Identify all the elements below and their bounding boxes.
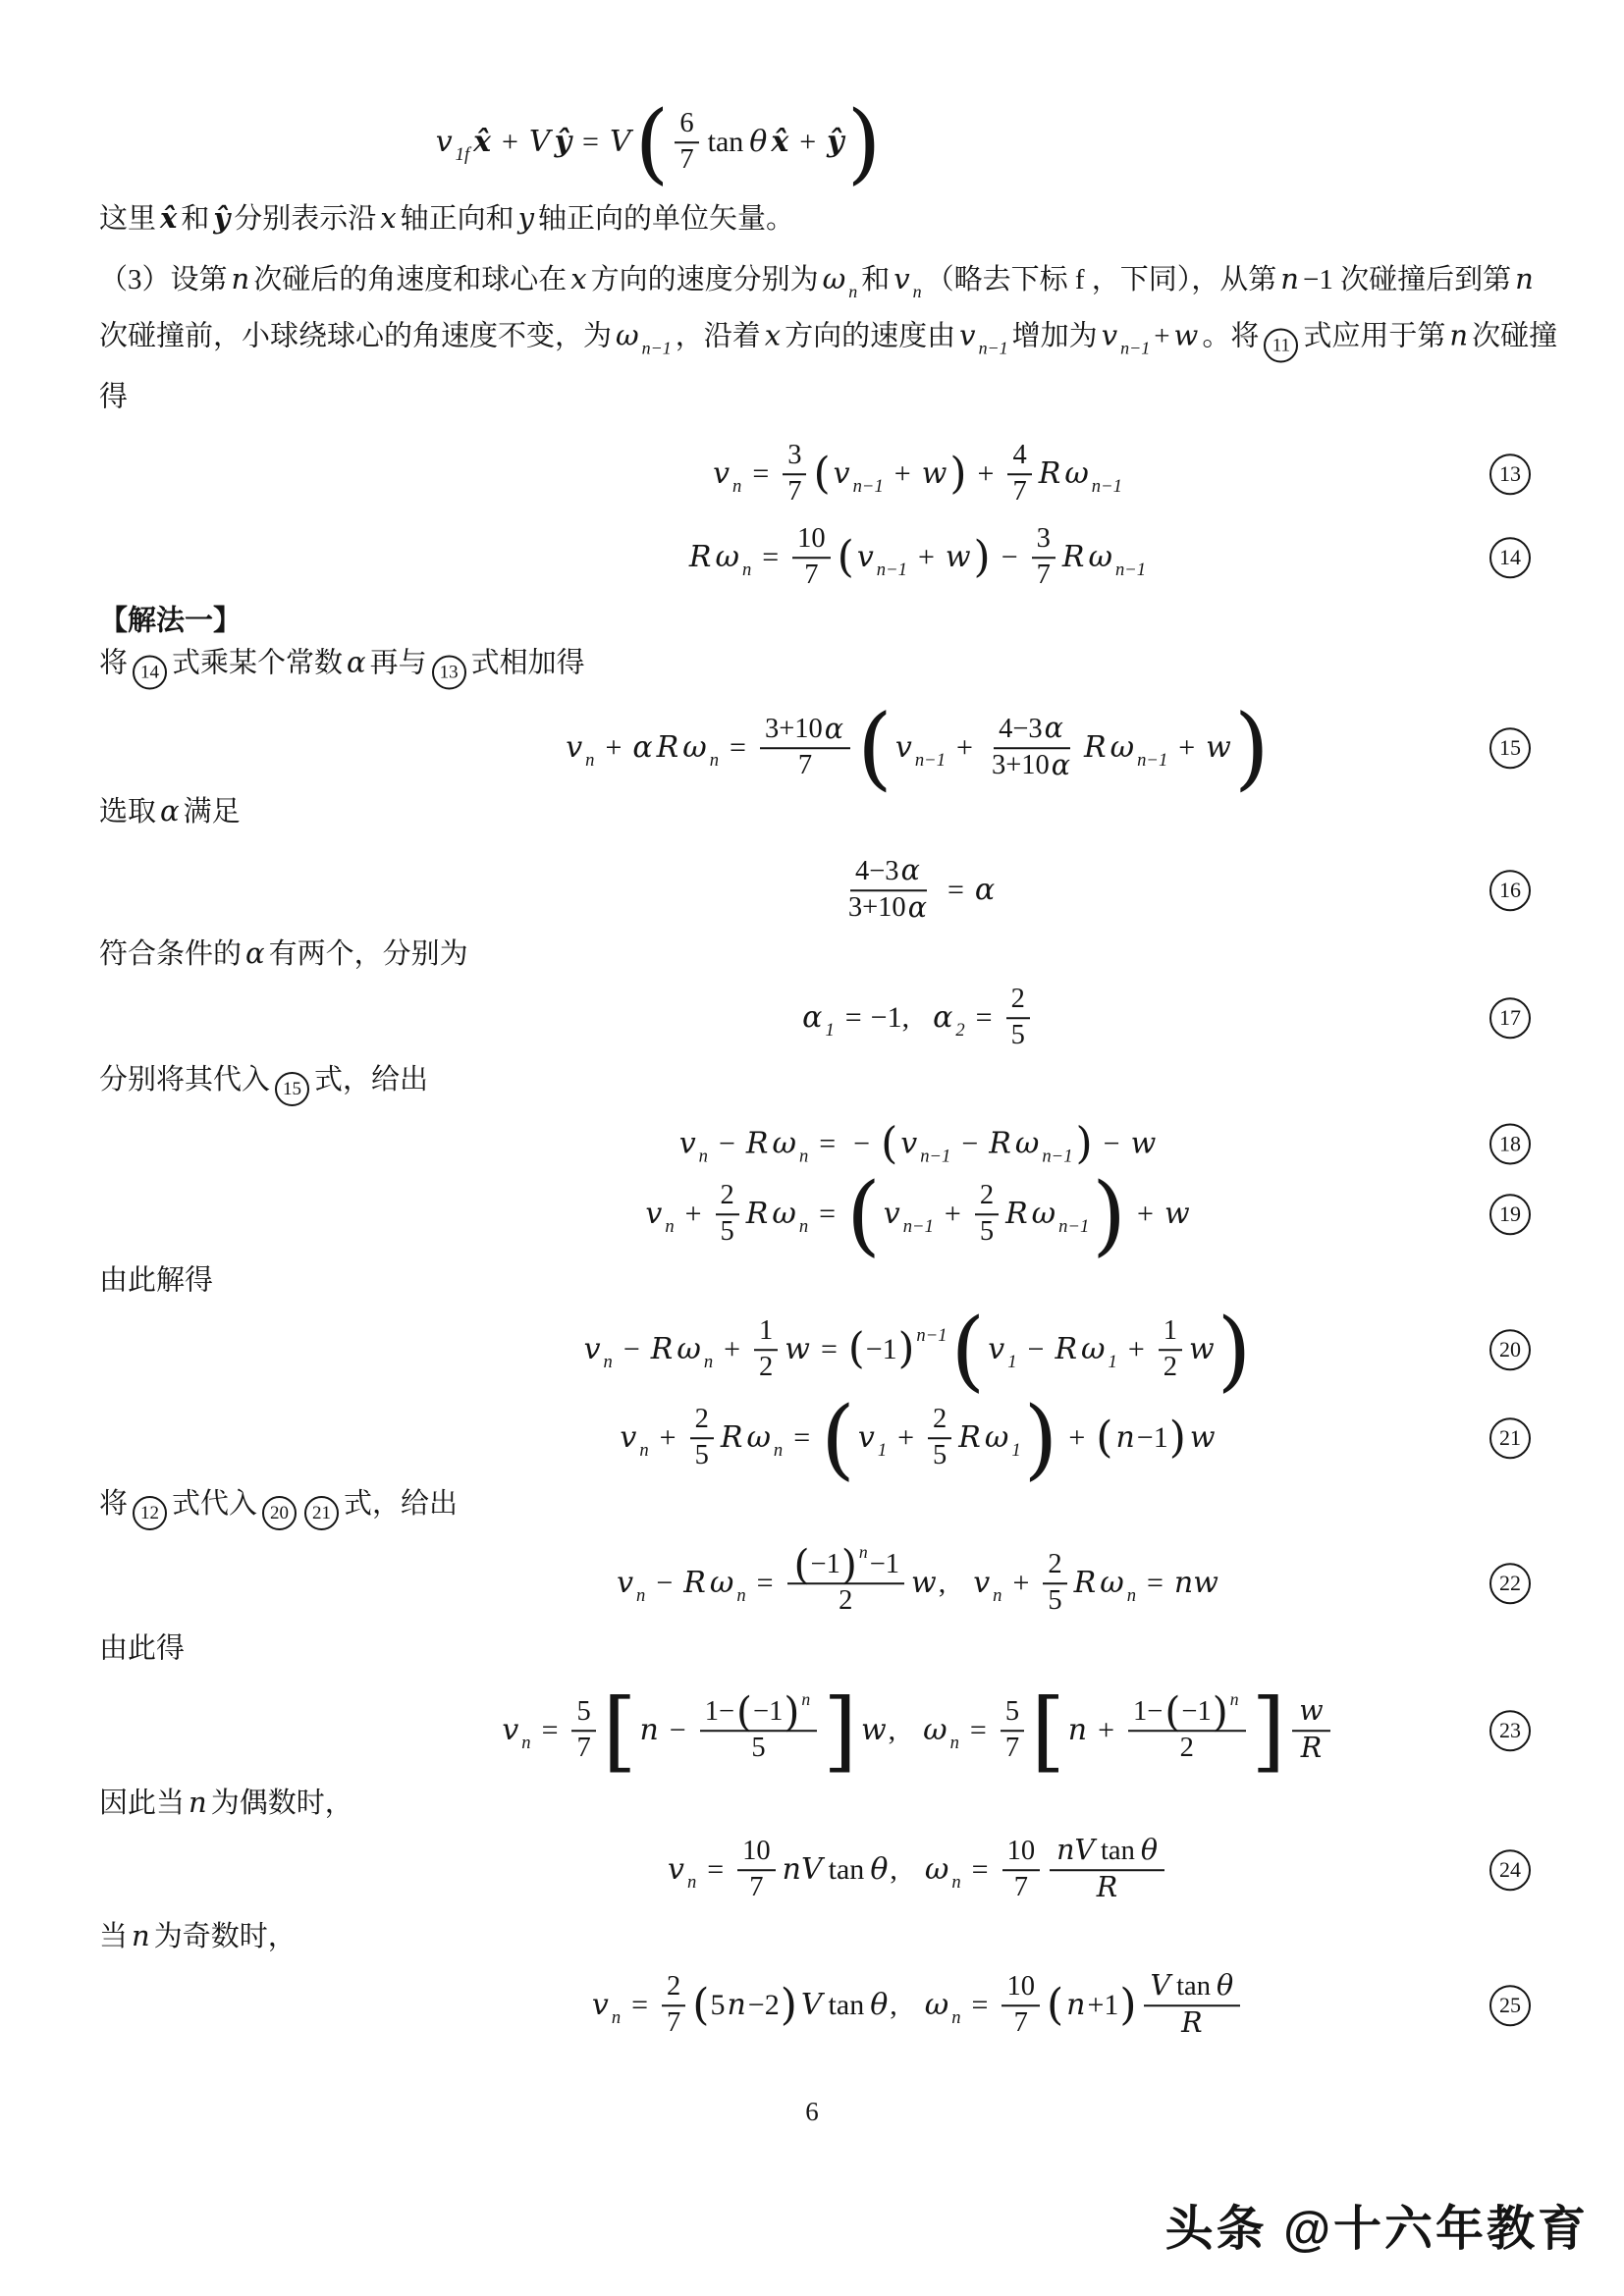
subscript: n−1 <box>1115 561 1146 580</box>
text-glyph: 2 <box>721 1180 734 1210</box>
denominator: 7 <box>571 1732 595 1766</box>
text-glyph: = <box>972 1989 989 2021</box>
math-var-glyph: v <box>898 1127 919 1161</box>
text-glyph: = <box>757 1567 774 1599</box>
subscript: 1f <box>456 146 469 165</box>
text-token: 【解法一】 <box>99 605 242 639</box>
text-glyph: −1 <box>870 1549 899 1579</box>
circled-ref: 14 <box>133 656 167 690</box>
circled-ref: 21 <box>304 1496 339 1530</box>
text-token: 5 <box>721 1216 734 1249</box>
denominator: 2 <box>754 1351 778 1385</box>
close-bracket: ] <box>823 1699 857 1762</box>
math-var-glyph: ω <box>1062 457 1090 492</box>
text-token: + <box>502 126 518 159</box>
numerator: 10 <box>792 522 831 559</box>
text-token: 7 <box>804 560 818 592</box>
text-glyph: 因此当 <box>99 1788 185 1819</box>
text-glyph: 次碰后的角速度和球心在 <box>253 264 567 295</box>
text-token: − <box>1001 541 1018 574</box>
subscript: n <box>687 1874 696 1893</box>
math-var: v1 <box>856 1421 889 1456</box>
text-glyph: = <box>970 1714 987 1746</box>
subscript: n <box>1127 1587 1136 1606</box>
text-token: 2 <box>667 1971 680 2003</box>
math-var: w <box>909 1567 939 1601</box>
math-var: x̂ <box>769 126 790 160</box>
math-var-glyph: θ <box>1139 1834 1160 1866</box>
math-var: w <box>1204 731 1233 766</box>
denominator: 2 <box>1175 1732 1199 1766</box>
math-var: w <box>944 541 973 575</box>
text-glyph: = <box>542 1714 559 1746</box>
text-token: 3+10 <box>992 751 1050 783</box>
numerator: nVtanθ <box>1050 1834 1164 1871</box>
math-var: vn <box>711 457 743 492</box>
fraction: 12 <box>1159 1314 1182 1385</box>
bracket-content: −1 <box>1180 1696 1212 1729</box>
text-glyph: 5 <box>576 1696 590 1727</box>
math-var: R <box>744 1198 771 1232</box>
equation-13: vn=37(vn−1+w)+47Rωn−113 <box>98 439 1531 509</box>
math-var: vn <box>618 1421 650 1456</box>
denominator: 7 <box>744 1871 768 1905</box>
close-bracket: ] <box>1252 1699 1286 1762</box>
fraction: 67 <box>675 107 698 178</box>
numerator: 2 <box>662 1970 685 2006</box>
text-glyph: 2 <box>667 1971 680 2002</box>
math-var-glyph: α <box>1050 749 1072 781</box>
subscript: n−1 <box>979 339 1008 356</box>
text-part3-line1: （3）设第n次碰后的角速度和球心在x方向的速度分别为ωn和vn（略去下标 f ，… <box>98 262 1531 297</box>
bracket-content: vn−1−Rωn−1 <box>897 1127 1075 1161</box>
text-thus: 由此得 <box>98 1632 1531 1667</box>
text-token: = <box>707 1853 724 1887</box>
text-token: 5 <box>1011 1020 1025 1052</box>
math-var-glyph: v <box>893 731 914 766</box>
bracket-group: (−1)n <box>1164 1696 1238 1729</box>
text-token: = <box>972 1989 989 2022</box>
text-token: 10 <box>797 523 826 556</box>
math-var: w <box>1163 1198 1192 1232</box>
math-var: nV <box>1055 1835 1097 1868</box>
text-token: （3）设第 <box>99 263 228 297</box>
text-glyph: , <box>889 1714 896 1746</box>
text-glyph: + <box>1154 321 1169 352</box>
text-token: , <box>939 1567 947 1600</box>
text-token: = <box>752 457 769 491</box>
denominator: 7 <box>793 750 817 784</box>
numerator: 3 <box>783 439 806 475</box>
text-glyph: + <box>660 1421 677 1454</box>
text-glyph: 7 <box>804 560 818 590</box>
text-glyph: 【解法一】 <box>99 606 242 637</box>
text-token: −1 <box>753 1696 783 1729</box>
text-glyph: + <box>799 126 816 158</box>
text-glyph: − <box>961 1127 978 1159</box>
text-token: + <box>897 1421 914 1455</box>
text-token: tan <box>1101 1836 1135 1868</box>
bracket-group: (v1−Rω1+12w) <box>951 1314 1252 1385</box>
subscript: n−1 <box>920 1148 950 1166</box>
bracket-group: (n+1) <box>1047 1989 1137 2023</box>
text-glyph: 为偶数时， <box>211 1788 353 1819</box>
bracket-content: n+1−(−1)n2 <box>1065 1695 1252 1766</box>
open-bracket: ( <box>692 1990 709 2021</box>
math-var-glyph: nw <box>1172 1567 1220 1601</box>
text-glyph: 3+10 <box>765 714 823 744</box>
numerator: 3+10α <box>760 713 850 750</box>
text-token: + <box>1128 1333 1145 1366</box>
math-var: R <box>1072 1567 1099 1601</box>
math-var-glyph: ω <box>1079 1333 1107 1367</box>
math-var: n <box>1064 1989 1087 2023</box>
text-glyph: 5 <box>1005 1696 1019 1727</box>
math-var-glyph: ω <box>1030 1198 1057 1232</box>
math-var-glyph: ω <box>770 1198 797 1232</box>
math-var-glyph: n <box>1113 1421 1136 1456</box>
math-var-glyph: R <box>719 1421 745 1456</box>
numerator: 6 <box>675 107 698 143</box>
math-var-glyph: x <box>378 201 398 235</box>
math-var-glyph: R <box>987 1127 1013 1161</box>
math-var-glyph: R <box>1037 457 1063 492</box>
text-token: + <box>945 1198 961 1231</box>
text-glyph: = <box>631 1989 648 2021</box>
text-token: 7 <box>667 2007 680 2040</box>
bracket-group: [n−1−(−1)n5] <box>603 1695 857 1766</box>
equation-25: vn=27(5n−2)Vtanθ,ωn=107(n+1)VtanθR25 <box>98 1969 1531 2042</box>
subscript: n <box>612 2009 621 2028</box>
math-var: w <box>1129 1127 1159 1161</box>
text-glyph: 式，给出 <box>344 1488 458 1520</box>
open-bracket: ( <box>813 458 830 490</box>
fraction: VtanθR <box>1144 1969 1241 2042</box>
text-token: + <box>956 731 973 765</box>
text-glyph: 轴正向和 <box>401 203 514 235</box>
math-var-glyph: v <box>855 541 876 575</box>
equation-number: 18 <box>1489 1123 1531 1164</box>
text-token: +1 <box>1087 1989 1118 2022</box>
close-bracket: ) <box>847 111 882 174</box>
math-var-glyph: w <box>1187 1333 1217 1367</box>
text-token: 得 <box>99 381 128 415</box>
fraction: nVtanθR <box>1050 1834 1164 1906</box>
subscript: n <box>585 752 594 771</box>
watermark: 头条 @十六年教育 <box>1165 2191 1589 2260</box>
denominator: 7 <box>1001 1732 1024 1766</box>
text-token: tan <box>829 1989 865 2022</box>
text-token: = <box>582 126 599 159</box>
open-bracket: ( <box>951 1318 986 1381</box>
text-token: 5 <box>695 1440 709 1472</box>
denominator: R <box>1294 1732 1328 1767</box>
subscript: n−1 <box>1092 478 1122 497</box>
text-token: 3+10 <box>848 893 906 926</box>
text-token: 式相加得 <box>471 647 585 681</box>
math-var: n <box>1447 319 1470 354</box>
text-glyph: 为奇数时， <box>154 1921 297 1952</box>
math-var-glyph: w <box>909 1567 939 1601</box>
fraction: 25 <box>1043 1548 1066 1619</box>
subscript: n−1 <box>642 339 672 356</box>
text-glyph: −1 <box>1181 1696 1211 1727</box>
text-token: −1 <box>1137 1421 1168 1455</box>
bracket-group: (67tanθx̂+ŷ) <box>635 107 882 178</box>
math-var-glyph: w <box>944 541 973 575</box>
text-glyph: − <box>670 1714 686 1746</box>
bracket-content: −1 <box>810 1549 841 1581</box>
denominator: R <box>1174 2006 1209 2042</box>
denominator: 5 <box>746 1732 770 1766</box>
numerator: 4−3α <box>994 712 1070 749</box>
math-var-glyph: nV <box>781 1853 825 1888</box>
math-var-glyph: w <box>1172 319 1201 352</box>
math-var-glyph: v <box>986 1333 1006 1367</box>
bracket-group: [n+1−(−1)n2] <box>1031 1695 1285 1766</box>
denominator: 7 <box>783 475 806 509</box>
bracket-content: vn−1+w <box>854 541 974 575</box>
bracket-content: vn−1+25Rωn−1 <box>881 1179 1093 1250</box>
close-bracket: ) <box>974 542 991 573</box>
math-var: R <box>1299 1733 1324 1766</box>
equation-19: vn+25Rωn=(vn−1+25Rωn−1)+w19 <box>98 1179 1531 1250</box>
text-token: 因此当 <box>99 1787 185 1821</box>
math-var: ωn <box>708 1567 748 1601</box>
numerator: 1 <box>754 1314 778 1351</box>
numerator: (−1)n−1 <box>787 1548 904 1584</box>
math-var-glyph: θ <box>1215 1969 1235 2002</box>
text-token: + <box>918 541 935 574</box>
math-var-glyph: R <box>1082 731 1109 766</box>
text-token: + <box>605 731 622 765</box>
math-var: w <box>920 457 949 492</box>
text-token: tan <box>1176 1971 1211 2003</box>
bracket-group: (vn−1+w) <box>813 457 966 492</box>
text-glyph: tan <box>708 126 744 158</box>
subscript: n <box>799 1148 808 1166</box>
subscript: n <box>710 752 719 771</box>
text-glyph: 10 <box>1007 1836 1036 1866</box>
denominator: 7 <box>1032 559 1056 593</box>
text-token: 和 <box>181 202 209 237</box>
bracket-content: n−1 <box>1112 1421 1168 1456</box>
text-glyph: 将 <box>99 648 128 679</box>
text-token: 10 <box>1007 1836 1036 1868</box>
fraction: 12 <box>754 1314 778 1385</box>
equation-number: 20 <box>1489 1329 1531 1370</box>
math-var-glyph: v <box>677 1127 698 1161</box>
math-var: ωn−1 <box>1109 731 1170 766</box>
text-glyph: = <box>793 1421 810 1454</box>
math-var: vn <box>564 731 596 766</box>
math-var: n <box>130 1919 152 1954</box>
text-token: 2 <box>1048 1549 1061 1581</box>
math-var: V <box>608 126 633 160</box>
text-token: −2 <box>748 1989 780 2022</box>
text-token: 5 <box>980 1216 994 1249</box>
text-glyph: − <box>853 1127 870 1159</box>
subscript: n <box>950 1735 959 1753</box>
subscript: n <box>736 1587 745 1606</box>
math-var-glyph: ω <box>1098 1567 1125 1601</box>
math-var: x <box>763 319 783 354</box>
denominator: 7 <box>662 2006 685 2041</box>
math-var-glyph: R <box>1179 2006 1204 2039</box>
denominator: 7 <box>1007 475 1031 509</box>
text-token: 将 <box>99 647 128 681</box>
math-var: vn−1 <box>882 1198 936 1232</box>
text-glyph: 式应用于第 <box>1303 321 1445 352</box>
numerator: 2 <box>1043 1548 1066 1584</box>
numerator: 10 <box>1001 1970 1040 2006</box>
text-token: − <box>853 1127 870 1160</box>
math-var-glyph: v <box>582 1333 603 1367</box>
denominator: R <box>1090 1871 1124 1906</box>
subscript: n−1 <box>877 561 907 580</box>
text-glyph: 5 <box>933 1440 947 1470</box>
denominator: 7 <box>1009 1871 1033 1905</box>
text-token: = <box>793 1421 810 1455</box>
math-var-glyph: n <box>130 1919 152 1952</box>
text-glyph: + <box>502 126 518 158</box>
fraction: 107 <box>792 522 831 593</box>
math-var-glyph: w <box>1188 1421 1218 1456</box>
text-token: 方向的速度分别为 <box>591 263 819 297</box>
text-multiply-alpha: 将14式乘某个常数α再与13式相加得 <box>98 646 1531 690</box>
text-glyph: 2 <box>1048 1549 1061 1579</box>
text-glyph: 分别将其代入 <box>99 1064 270 1095</box>
math-var-glyph: ω <box>614 319 641 352</box>
bracket-group: (−1)n <box>736 1696 810 1729</box>
text-glyph: 和 <box>861 264 890 295</box>
fraction: 1−(−1)n5 <box>700 1695 817 1766</box>
text-glyph: 10 <box>1006 1971 1035 2002</box>
text-glyph: + <box>1178 731 1195 764</box>
math-var-glyph: ω <box>744 1421 772 1456</box>
math-var-glyph: R <box>1003 1198 1030 1232</box>
equation-v1f-vector: v1fx̂+Vŷ=V(67tanθx̂+ŷ) <box>98 107 1531 178</box>
text-glyph: 2 <box>695 1404 709 1434</box>
math-var: ωn−1 <box>614 319 674 354</box>
text-glyph: 1− <box>1133 1696 1163 1727</box>
open-bracket: ( <box>881 1128 897 1159</box>
text-token: = <box>762 541 779 574</box>
fraction: 107 <box>737 1835 776 1905</box>
text-token: 为奇数时， <box>154 1920 297 1954</box>
close-bracket: ) <box>1119 1990 1136 2021</box>
text-glyph: = <box>762 541 779 573</box>
text-glyph: 。将 <box>1202 321 1259 352</box>
math-var-glyph: n <box>1064 1989 1087 2023</box>
fraction: 47 <box>1007 439 1031 509</box>
open-bracket: ( <box>635 111 670 174</box>
math-var: ωn <box>821 262 860 297</box>
math-var: vn−1 <box>1100 319 1153 354</box>
math-var: ωn <box>923 1989 963 2023</box>
text-glyph: 1 <box>759 1315 773 1346</box>
text-glyph: −1 <box>753 1696 783 1727</box>
math-var: ωn <box>713 541 753 575</box>
math-var: R <box>1179 2007 1204 2041</box>
text-token: = <box>1147 1567 1164 1600</box>
subscript: n <box>799 1218 808 1237</box>
math-var: R <box>649 1333 676 1367</box>
text-token: 10 <box>1006 1971 1035 2003</box>
math-var-glyph: R <box>956 1421 983 1456</box>
text-glyph: , <box>890 1853 897 1886</box>
math-var-glyph: n <box>1066 1714 1089 1748</box>
math-var-glyph: V <box>799 1989 825 2023</box>
text-glyph: tan <box>829 1989 865 2021</box>
text-token: + <box>660 1421 677 1455</box>
numerator: Vtanθ <box>1144 1969 1241 2006</box>
text-token: 选取 <box>99 795 156 829</box>
math-var: R <box>744 1127 771 1161</box>
math-var: R <box>687 541 714 575</box>
equation-23: vn=57[n−1−(−1)n5]w,ωn=57[n+1−(−1)n2]wR23 <box>98 1694 1531 1767</box>
math-var-glyph: R <box>1053 1333 1079 1367</box>
subscript: n <box>699 1148 708 1166</box>
math-var-glyph: V <box>527 126 553 160</box>
text-glyph: 和 <box>181 203 209 235</box>
bracket-group: (vn−1−Rωn−1) <box>881 1127 1093 1161</box>
math-var-glyph: w <box>859 1714 889 1748</box>
math-var: α <box>1043 713 1065 746</box>
math-var-glyph: R <box>655 731 681 766</box>
text-token: 2 <box>759 1352 773 1384</box>
text-glyph: 7 <box>576 1733 590 1763</box>
math-var-glyph: ω <box>1013 1127 1041 1161</box>
equation-number: 21 <box>1489 1417 1531 1459</box>
text-token: 。将 <box>1202 320 1259 354</box>
text-glyph: 2 <box>980 1180 994 1210</box>
math-var-glyph: ω <box>983 1421 1010 1456</box>
equation-17: α1=−1,α2=2517 <box>98 983 1531 1053</box>
bracket-group: (vn−1+25Rωn−1) <box>846 1179 1126 1250</box>
text-token: + <box>724 1333 740 1366</box>
math-var: n <box>230 262 252 297</box>
math-var: α <box>345 646 368 681</box>
text-glyph: 10 <box>742 1836 771 1866</box>
bracket-group: (v1+25Rω1) <box>821 1403 1057 1473</box>
math-var-glyph: v <box>957 319 977 352</box>
text-glyph: 当 <box>99 1921 128 1952</box>
math-var-glyph: n <box>187 1786 209 1819</box>
numerator: 2 <box>1006 983 1030 1019</box>
math-var-glyph: α <box>931 1001 954 1036</box>
text-glyph: + <box>1068 1421 1085 1454</box>
denominator: 7 <box>1009 2006 1033 2041</box>
math-var-glyph: n <box>1513 262 1536 295</box>
numerator: 10 <box>1002 1835 1041 1871</box>
text-token: 2 <box>1011 984 1025 1016</box>
text-glyph: 7 <box>798 751 812 781</box>
fraction: 4−3α3+10α <box>987 712 1077 784</box>
text-glyph: = <box>972 1853 989 1886</box>
math-var-glyph: v <box>882 1198 902 1232</box>
math-var: n <box>1513 262 1536 297</box>
close-bracket: ) <box>841 1551 857 1580</box>
numerator: 2 <box>716 1179 739 1215</box>
text-token: 7 <box>679 144 693 177</box>
text-token: 7 <box>576 1733 590 1765</box>
text-token: 分别将其代入 <box>99 1063 270 1097</box>
equation-number: 16 <box>1489 870 1531 911</box>
text-token: 5 <box>710 1989 725 2022</box>
math-var-glyph: ω <box>821 262 848 295</box>
text-glyph: 再与 <box>370 648 427 679</box>
